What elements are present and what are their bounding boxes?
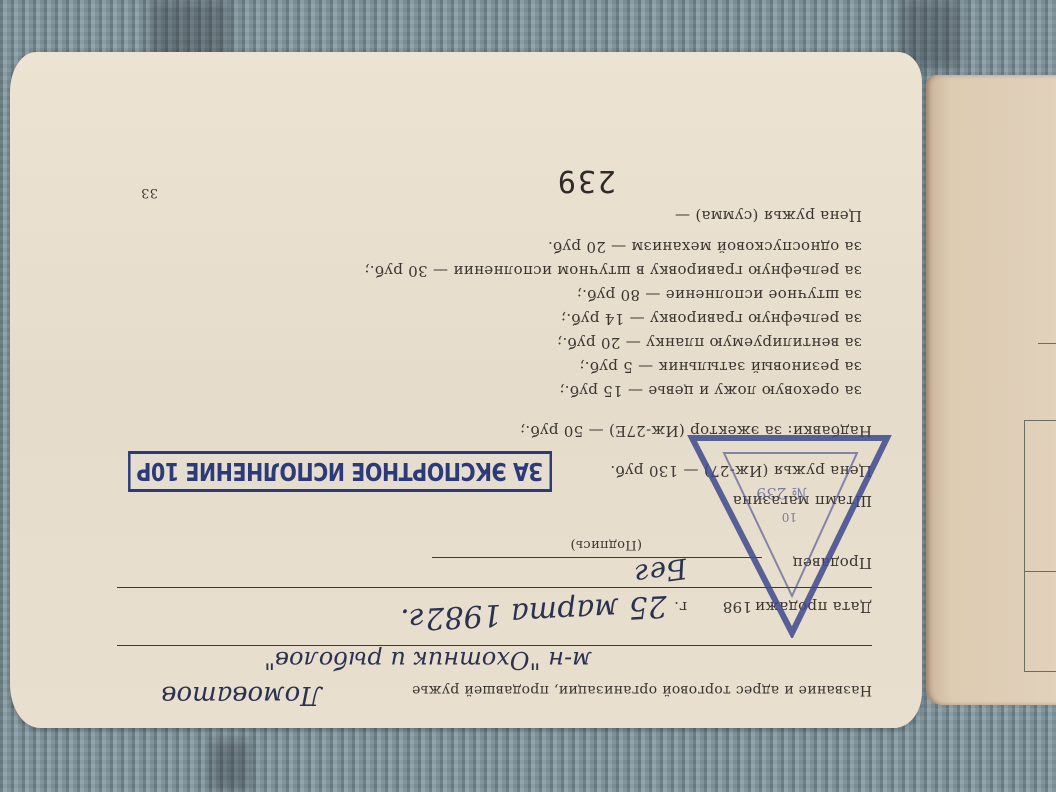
surcharge-item: за ореховую ложу и цевье — 15 руб.; xyxy=(559,382,862,400)
surcharge-item: за рельефную гравировку в штучном исполн… xyxy=(364,262,862,280)
rug-shadow xyxy=(150,0,230,60)
form-box xyxy=(1024,420,1056,672)
upside-down-content: 33 239 Цена ружья (сумма) — за односпуск… xyxy=(10,52,922,728)
surcharge-item: за резиновый затыльник — 5 руб.; xyxy=(579,358,862,376)
handwritten-org-address: м-н "Охотник и рыболов" xyxy=(264,646,592,674)
rug-shadow xyxy=(210,740,250,792)
export-edition-stamp: ЗА ЭКСПОРТНОЕ ИСПОЛНЕНИЕ 10Р xyxy=(128,451,552,492)
handwritten-sale-date: 25 марта 1982г. xyxy=(400,588,668,637)
page-number: 33 xyxy=(141,185,158,200)
surcharge-item: за вентилируемую планку — 20 руб.; xyxy=(557,334,862,352)
handwritten-org-name: Ломоватов xyxy=(161,680,322,710)
surcharge-item: за штучное исполнение — 80 руб.; xyxy=(576,286,862,304)
svg-text:10: 10 xyxy=(782,510,797,524)
form-line xyxy=(1038,343,1056,344)
surcharge-item: за рельефную гравировку — 14 руб.; xyxy=(561,310,862,328)
serial-number: 239 xyxy=(556,163,616,198)
org-label: Название и адрес торговой организации, п… xyxy=(412,682,872,698)
svg-text:№ 239: № 239 xyxy=(756,484,807,503)
surcharge-item: за односпусковой механизм — 20 руб. xyxy=(548,238,862,256)
price-sum-label: Цена ружья (сумма) — xyxy=(675,207,862,225)
handwritten-seller-signature: Бег xyxy=(634,552,689,592)
facing-page xyxy=(926,75,1056,705)
triangle-store-stamp: № 239 10 xyxy=(682,428,892,638)
signature-label: (Подпись) xyxy=(570,537,642,552)
